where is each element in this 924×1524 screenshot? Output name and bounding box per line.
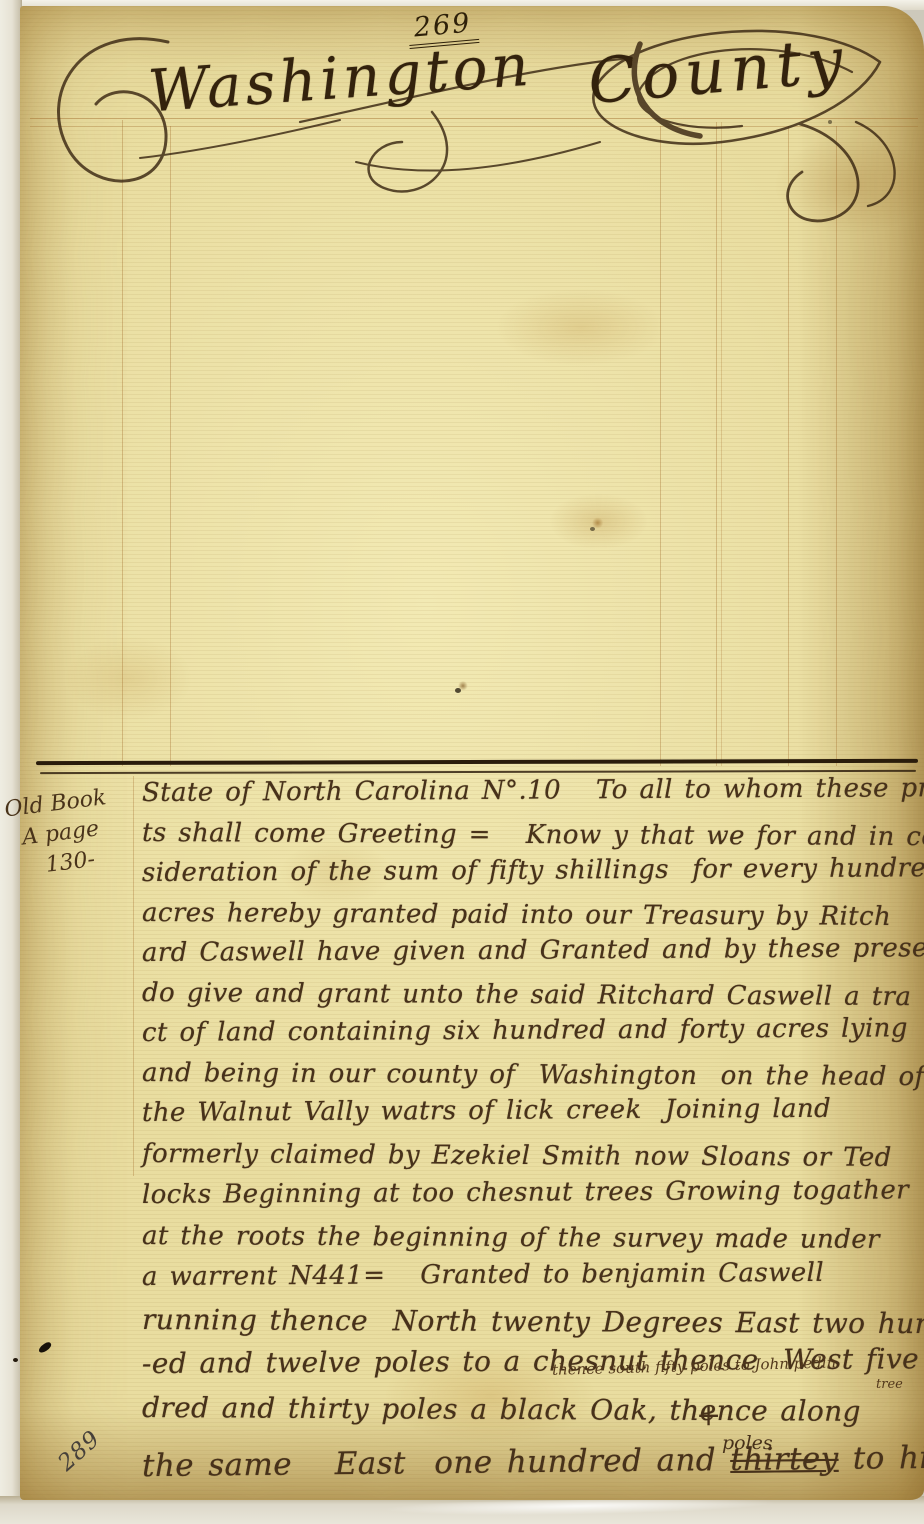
deed-text-block: State of North Carolina N°.10 To all to …	[142, 778, 924, 1480]
margin-note: Old Book A page 130-	[3, 781, 133, 885]
text-line: ct of land containing six hundred and fo…	[142, 1013, 924, 1058]
ledger-rule-vertical	[660, 126, 661, 766]
last-line-prefix: the same East one hundred and	[142, 1442, 731, 1484]
text-line: dred and thirty poles a black Oak, thenc…	[142, 1391, 924, 1439]
ink-speck	[455, 688, 461, 693]
text-line: State of North Carolina N°.10 To all to …	[142, 773, 924, 818]
ledger-rule-vertical	[788, 126, 789, 766]
ledger-rule-horizontal	[30, 126, 918, 127]
book-binding-edge	[0, 0, 22, 1524]
ink-speck	[13, 1358, 18, 1362]
text-line: sideration of the sum of fifty shillings…	[142, 853, 924, 898]
ledger-rule-vertical	[170, 126, 171, 766]
scanned-deed-page: 269 Washington County Old Book A page 13…	[0, 0, 924, 1524]
ledger-rule-vertical	[836, 126, 837, 766]
text-line: the Walnut Vally watrs of lick creek Joi…	[142, 1093, 924, 1139]
insertion-caret-mark: +	[696, 1398, 721, 1433]
ink-speck	[590, 527, 595, 531]
text-line: locks Beginning at too chesnut trees Gro…	[142, 1175, 924, 1221]
last-line-suffix: to his corner	[838, 1438, 924, 1476]
ledger-rule-vertical	[721, 122, 722, 766]
text-line: ard Caswell have given and Granted and b…	[142, 933, 924, 978]
interline-insertion-end: tree	[876, 1377, 903, 1392]
ink-speck	[828, 120, 832, 124]
interline-insertion-poles: poles	[722, 1432, 773, 1454]
text-line-last: the same East one hundred and thirtey to…	[142, 1440, 924, 1484]
text-line: a warrent N441= Granted to benjamin Casw…	[142, 1257, 924, 1303]
ledger-rule-vertical	[716, 122, 717, 766]
margin-rule-vertical	[133, 776, 134, 1176]
ledger-rule-vertical	[122, 120, 123, 766]
